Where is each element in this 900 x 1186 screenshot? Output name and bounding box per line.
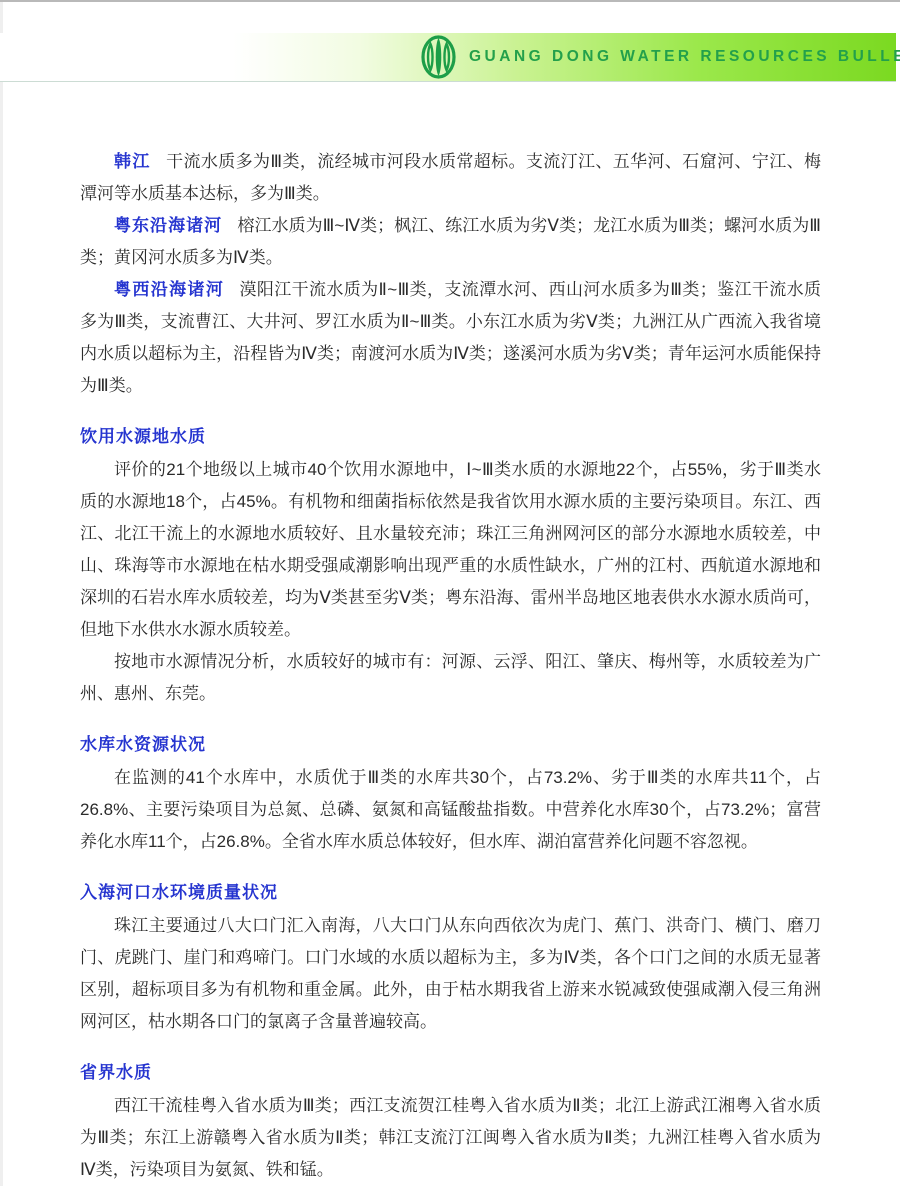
water-resources-emblem-icon (420, 35, 457, 79)
bulletin-page: { "header": { "bulletin_title": "GUANG D… (0, 0, 900, 1186)
paragraph: 粤西沿海诸河漠阳江干流水质为Ⅱ~Ⅲ类，支流潭水河、西山河水质多为Ⅲ类；鉴江干流水… (80, 274, 821, 402)
document-page: GUANG DONG WATER RESOURCES BULLETIN 韩江干流… (0, 0, 900, 1186)
paragraph: 珠江主要通过八大口门汇入南海，八大口门从东向西依次为虎门、蕉门、洪奇门、横门、磨… (80, 910, 821, 1038)
header-bar: GUANG DONG WATER RESOURCES BULLETIN (0, 33, 896, 82)
paragraph-lead: 粤西沿海诸河 (114, 280, 224, 299)
paragraph: 粤东沿海诸河榕江水质为Ⅲ~Ⅳ类；枫江、练江水质为劣Ⅴ类；龙江水质为Ⅲ类；螺河水质… (80, 210, 821, 274)
section-heading: 水库水资源状况 (80, 729, 821, 761)
header-inner: GUANG DONG WATER RESOURCES BULLETIN (0, 35, 900, 79)
paragraph-text: 评价的21个地级以上城市40个饮用水源地中，Ⅰ~Ⅲ类水质的水源地22个，占55%… (80, 460, 821, 639)
document-body: 韩江干流水质多为Ⅲ类，流经城市河段水质常超标。支流汀江、五华河、石窟河、宁江、梅… (80, 82, 821, 1186)
paragraph-text: 珠江主要通过八大口门汇入南海，八大口门从东向西依次为虎门、蕉门、洪奇门、横门、磨… (80, 916, 821, 1031)
paragraph-lead: 韩江 (114, 152, 151, 171)
paragraph-text: 西江干流桂粤入省水质为Ⅲ类；西江支流贺江桂粤入省水质为Ⅱ类；北江上游武江湘粤入省… (80, 1096, 821, 1179)
section-heading: 省界水质 (80, 1057, 821, 1089)
paragraph: 在监测的41个水库中，水质优于Ⅲ类的水库共30个，占73.2%、劣于Ⅲ类的水库共… (80, 762, 821, 858)
paragraph-text: 在监测的41个水库中，水质优于Ⅲ类的水库共30个，占73.2%、劣于Ⅲ类的水库共… (80, 768, 821, 851)
section-heading: 饮用水源地水质 (80, 421, 821, 453)
paragraph: 按地市水源情况分析，水质较好的城市有：河源、云浮、阳江、肇庆、梅州等，水质较差为… (80, 646, 821, 710)
section-heading: 入海河口水环境质量状况 (80, 877, 821, 909)
paragraph-text: 干流水质多为Ⅲ类，流经城市河段水质常超标。支流汀江、五华河、石窟河、宁江、梅潭河… (80, 152, 821, 203)
paragraph: 西江干流桂粤入省水质为Ⅲ类；西江支流贺江桂粤入省水质为Ⅱ类；北江上游武江湘粤入省… (80, 1090, 821, 1186)
bulletin-title: GUANG DONG WATER RESOURCES BULLETIN (469, 48, 900, 66)
paragraph: 评价的21个地级以上城市40个饮用水源地中，Ⅰ~Ⅲ类水质的水源地22个，占55%… (80, 454, 821, 646)
paragraph: 韩江干流水质多为Ⅲ类，流经城市河段水质常超标。支流汀江、五华河、石窟河、宁江、梅… (80, 146, 821, 210)
paragraph-lead: 粤东沿海诸河 (114, 216, 222, 235)
paragraph-text: 按地市水源情况分析，水质较好的城市有：河源、云浮、阳江、肇庆、梅州等，水质较差为… (80, 652, 821, 703)
